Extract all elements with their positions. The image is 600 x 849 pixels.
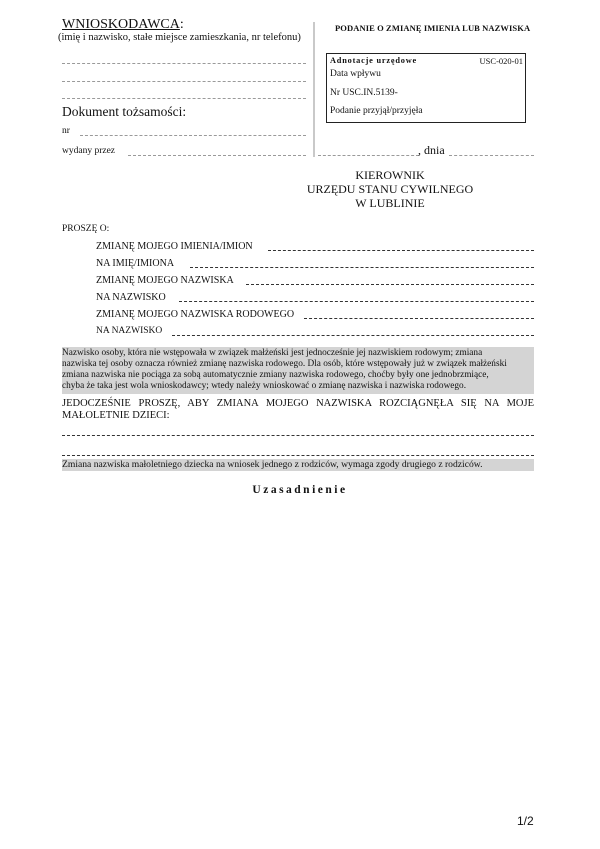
first-name-change-input[interactable] [268,250,534,251]
new-maiden-name-input[interactable] [172,335,534,336]
first-name-change-label: ZMIANĘ MOJEGO IMIENIA/IMION [96,241,253,252]
receipt-date-label: Data wpływu [330,69,381,79]
case-number-label: Nr USC.IN.5139- [330,88,398,98]
surname-change-input[interactable] [246,284,534,285]
form-title: PODANIE O ZMIANĘ IMIENIA LUB NAZWISKA [335,23,530,33]
official-annotations-box: Adnotacje urzędowe USC-020-01 Data wpływ… [326,53,526,123]
official-annotations-header: Adnotacje urzędowe [330,56,417,65]
applicant-input-line-3[interactable] [62,98,306,99]
maiden-name-change-input[interactable] [304,318,534,319]
form-code: USC-020-01 [480,56,523,66]
child-entry-line-2[interactable] [62,455,534,456]
children-consent-note: Zmiana nazwiska małoletniego dziecka na … [62,459,534,471]
recipient-line-3: W LUBLINIE [300,196,480,210]
new-surname-input[interactable] [179,301,534,302]
issued-by-input[interactable] [128,155,306,156]
maiden-name-note: Nazwisko osoby, która nie wstępowała w z… [62,347,534,394]
new-first-name-label: NA IMIĘ/IMIONA [96,258,174,269]
applicant-heading: WNIOSKODAWCA: [62,17,184,33]
applicant-input-line-1[interactable] [62,63,306,64]
identity-document-label: Dokument tożsamości: [62,104,186,120]
issued-by-label: wydany przez [62,146,115,156]
recipient-line-1: KIEROWNIK [300,168,480,182]
children-request-text-2: MAŁOLETNIE DZIECI: [62,410,170,421]
document-number-input[interactable] [80,135,306,136]
children-request-text: JEDOCZEŚNIE PROSZĘ, ABY ZMIANA MOJEGO NA… [62,398,534,410]
new-surname-label: NA NAZWISKO [96,292,166,303]
recipient-block: KIEROWNIK URZĘDU STANU CYWILNEGO W LUBLI… [300,168,480,210]
date-label: , dnia [418,143,445,158]
maiden-name-change-label: ZMIANĘ MOJEGO NAZWISKA RODOWEGO [96,309,294,320]
column-divider [313,22,315,157]
recipient-line-2: URZĘDU STANU CYWILNEGO [300,182,480,196]
applicant-instructions: (imię i nazwisko, stałe miejsce zamieszk… [58,32,301,43]
child-entry-line-1[interactable] [62,435,534,436]
place-input[interactable] [318,155,419,156]
new-first-name-input[interactable] [190,267,534,268]
surname-change-label: ZMIANĘ MOJEGO NAZWISKA [96,275,234,286]
justification-heading: Uzasadnienie [0,484,600,496]
received-by-label: Podanie przyjął/przyjęła [330,106,423,116]
date-input[interactable] [449,155,534,156]
applicant-input-line-2[interactable] [62,81,306,82]
new-maiden-name-label: NA NAZWISKO [96,326,162,336]
request-heading: PROSZĘ O: [62,224,109,234]
document-number-label: nr [62,126,70,136]
page-number: 1/2 [517,814,534,828]
